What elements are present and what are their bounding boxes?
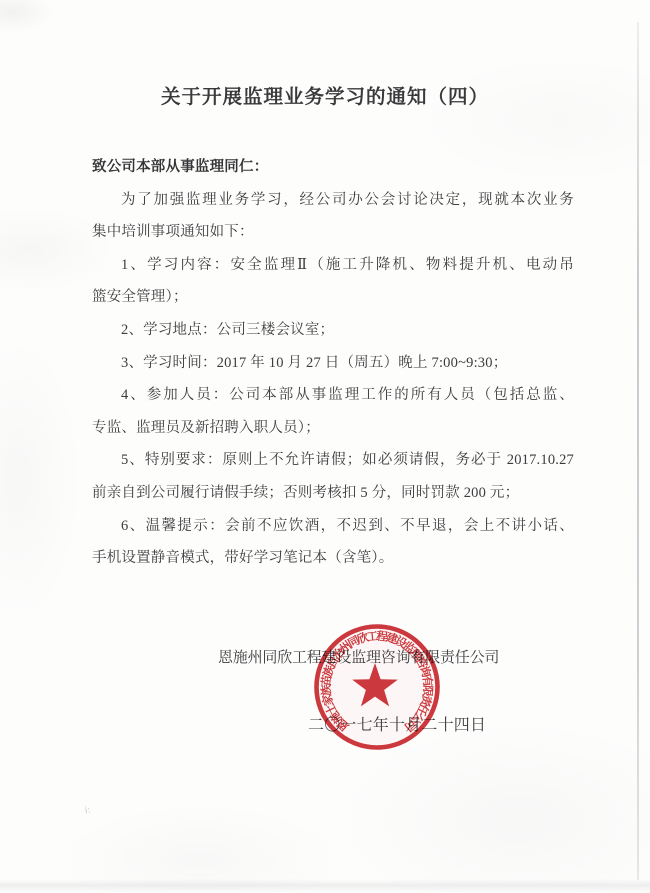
page-title: 关于开展监理业务学习的通知（四） xyxy=(0,81,650,109)
document-line: 前亲自到公司履行请假手续；否则考核扣 5 分，同时罚款 200 元； xyxy=(92,477,574,510)
document-line: 为了加强监理业务学习，经公司办公会讨论决定，现就本次业务 xyxy=(92,184,574,217)
document-line: 6、温馨提示：会前不应饮酒，不迟到、不早退，会上不讲小话、 xyxy=(92,510,574,543)
official-seal: 恩施土家族苗族自治州同欣工程建设监理咨询有限责任公司 xyxy=(311,621,443,753)
document-line: 致公司本部从事监理同仁： xyxy=(92,151,574,184)
document-line: 4、参加人员：公司本部从事监理工作的所有人员（包括总监、 xyxy=(92,379,574,412)
document-line: 2、学习地点：公司三楼会议室； xyxy=(92,314,574,347)
scanned-notice-page: 关于开展监理业务学习的通知（四） 致公司本部从事监理同仁：为了加强监理业务学习，… xyxy=(0,0,650,893)
document-line: 篮安全管理）； xyxy=(92,281,574,314)
document-line: 5、特别要求：原则上不允许请假；如必须请假，务必于 2017.10.27 xyxy=(92,444,574,477)
document-line: 手机设置静音模式，带好学习笔记本（含笔）。 xyxy=(92,542,574,575)
document-line: 集中培训事项通知如下： xyxy=(92,216,574,249)
document-line: 专监、监理员及新招聘入职人员）； xyxy=(92,412,574,445)
scan-page-edge-bottom xyxy=(0,879,650,893)
scan-page-edge-right xyxy=(637,22,639,880)
document-line: 3、学习时间：2017 年 10 月 27 日（周五）晚上 7:00~9:30； xyxy=(92,347,574,380)
document-line: 1、学习内容：安全监理Ⅱ（施工升降机、物料提升机、电动吊 xyxy=(92,249,574,282)
document-body: 致公司本部从事监理同仁：为了加强监理业务学习，经公司办公会讨论决定，现就本次业务… xyxy=(92,151,574,575)
pencil-mark: i: xyxy=(84,806,91,817)
